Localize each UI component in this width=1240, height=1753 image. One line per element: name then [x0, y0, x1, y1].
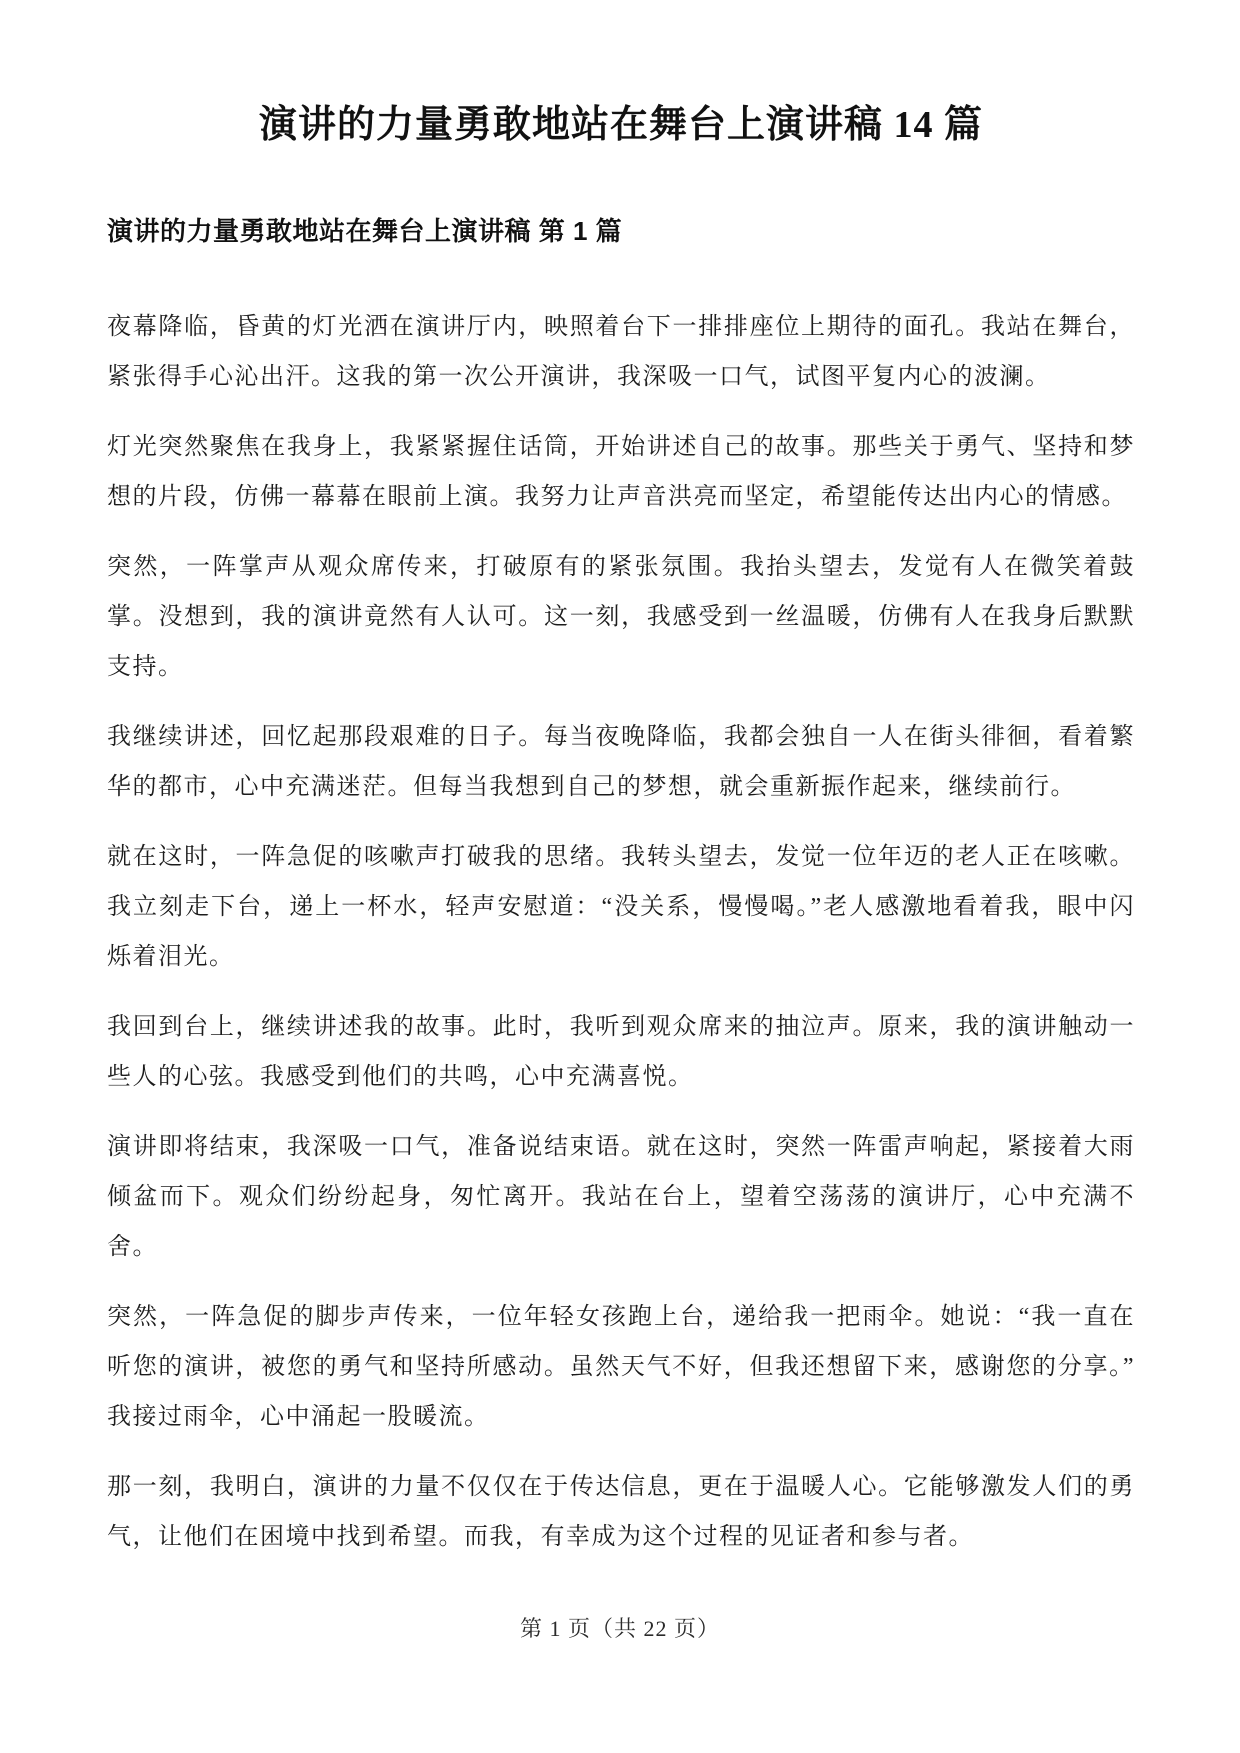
paragraph: 夜幕降临，昏黄的灯光洒在演讲厅内，映照着台下一排排座位上期待的面孔。我站在舞台，… — [107, 302, 1135, 402]
paragraph: 那一刻，我明白，演讲的力量不仅仅在于传达信息，更在于温暖人心。它能够激发人们的勇… — [107, 1462, 1135, 1562]
page-number: 第 1 页（共 22 页） — [520, 1616, 720, 1641]
document-title: 演讲的力量勇敢地站在舞台上演讲稿 14 篇 — [107, 0, 1135, 153]
section-heading: 演讲的力量勇敢地站在舞台上演讲稿 第 1 篇 — [107, 215, 1135, 249]
paragraph: 我回到台上，继续讲述我的故事。此时，我听到观众席来的抽泣声。原来，我的演讲触动一… — [107, 1002, 1135, 1102]
page-footer: 第 1 页（共 22 页） — [0, 1612, 1240, 1643]
document-page: 演讲的力量勇敢地站在舞台上演讲稿 14 篇 演讲的力量勇敢地站在舞台上演讲稿 第… — [0, 0, 1240, 1753]
paragraph: 演讲即将结束，我深吸一口气，准备说结束语。就在这时，突然一阵雷声响起，紧接着大雨… — [107, 1122, 1135, 1272]
paragraph: 就在这时，一阵急促的咳嗽声打破我的思绪。我转头望去，发觉一位年迈的老人正在咳嗽。… — [107, 832, 1135, 982]
document-body: 夜幕降临，昏黄的灯光洒在演讲厅内，映照着台下一排排座位上期待的面孔。我站在舞台，… — [107, 302, 1135, 1562]
paragraph: 灯光突然聚焦在我身上，我紧紧握住话筒，开始讲述自己的故事。那些关于勇气、坚持和梦… — [107, 422, 1135, 522]
paragraph: 突然，一阵掌声从观众席传来，打破原有的紧张氛围。我抬头望去，发觉有人在微笑着鼓掌… — [107, 542, 1135, 692]
paragraph: 我继续讲述，回忆起那段艰难的日子。每当夜晚降临，我都会独自一人在街头徘徊，看着繁… — [107, 712, 1135, 812]
paragraph: 突然，一阵急促的脚步声传来，一位年轻女孩跑上台，递给我一把雨伞。她说：“我一直在… — [107, 1292, 1135, 1442]
